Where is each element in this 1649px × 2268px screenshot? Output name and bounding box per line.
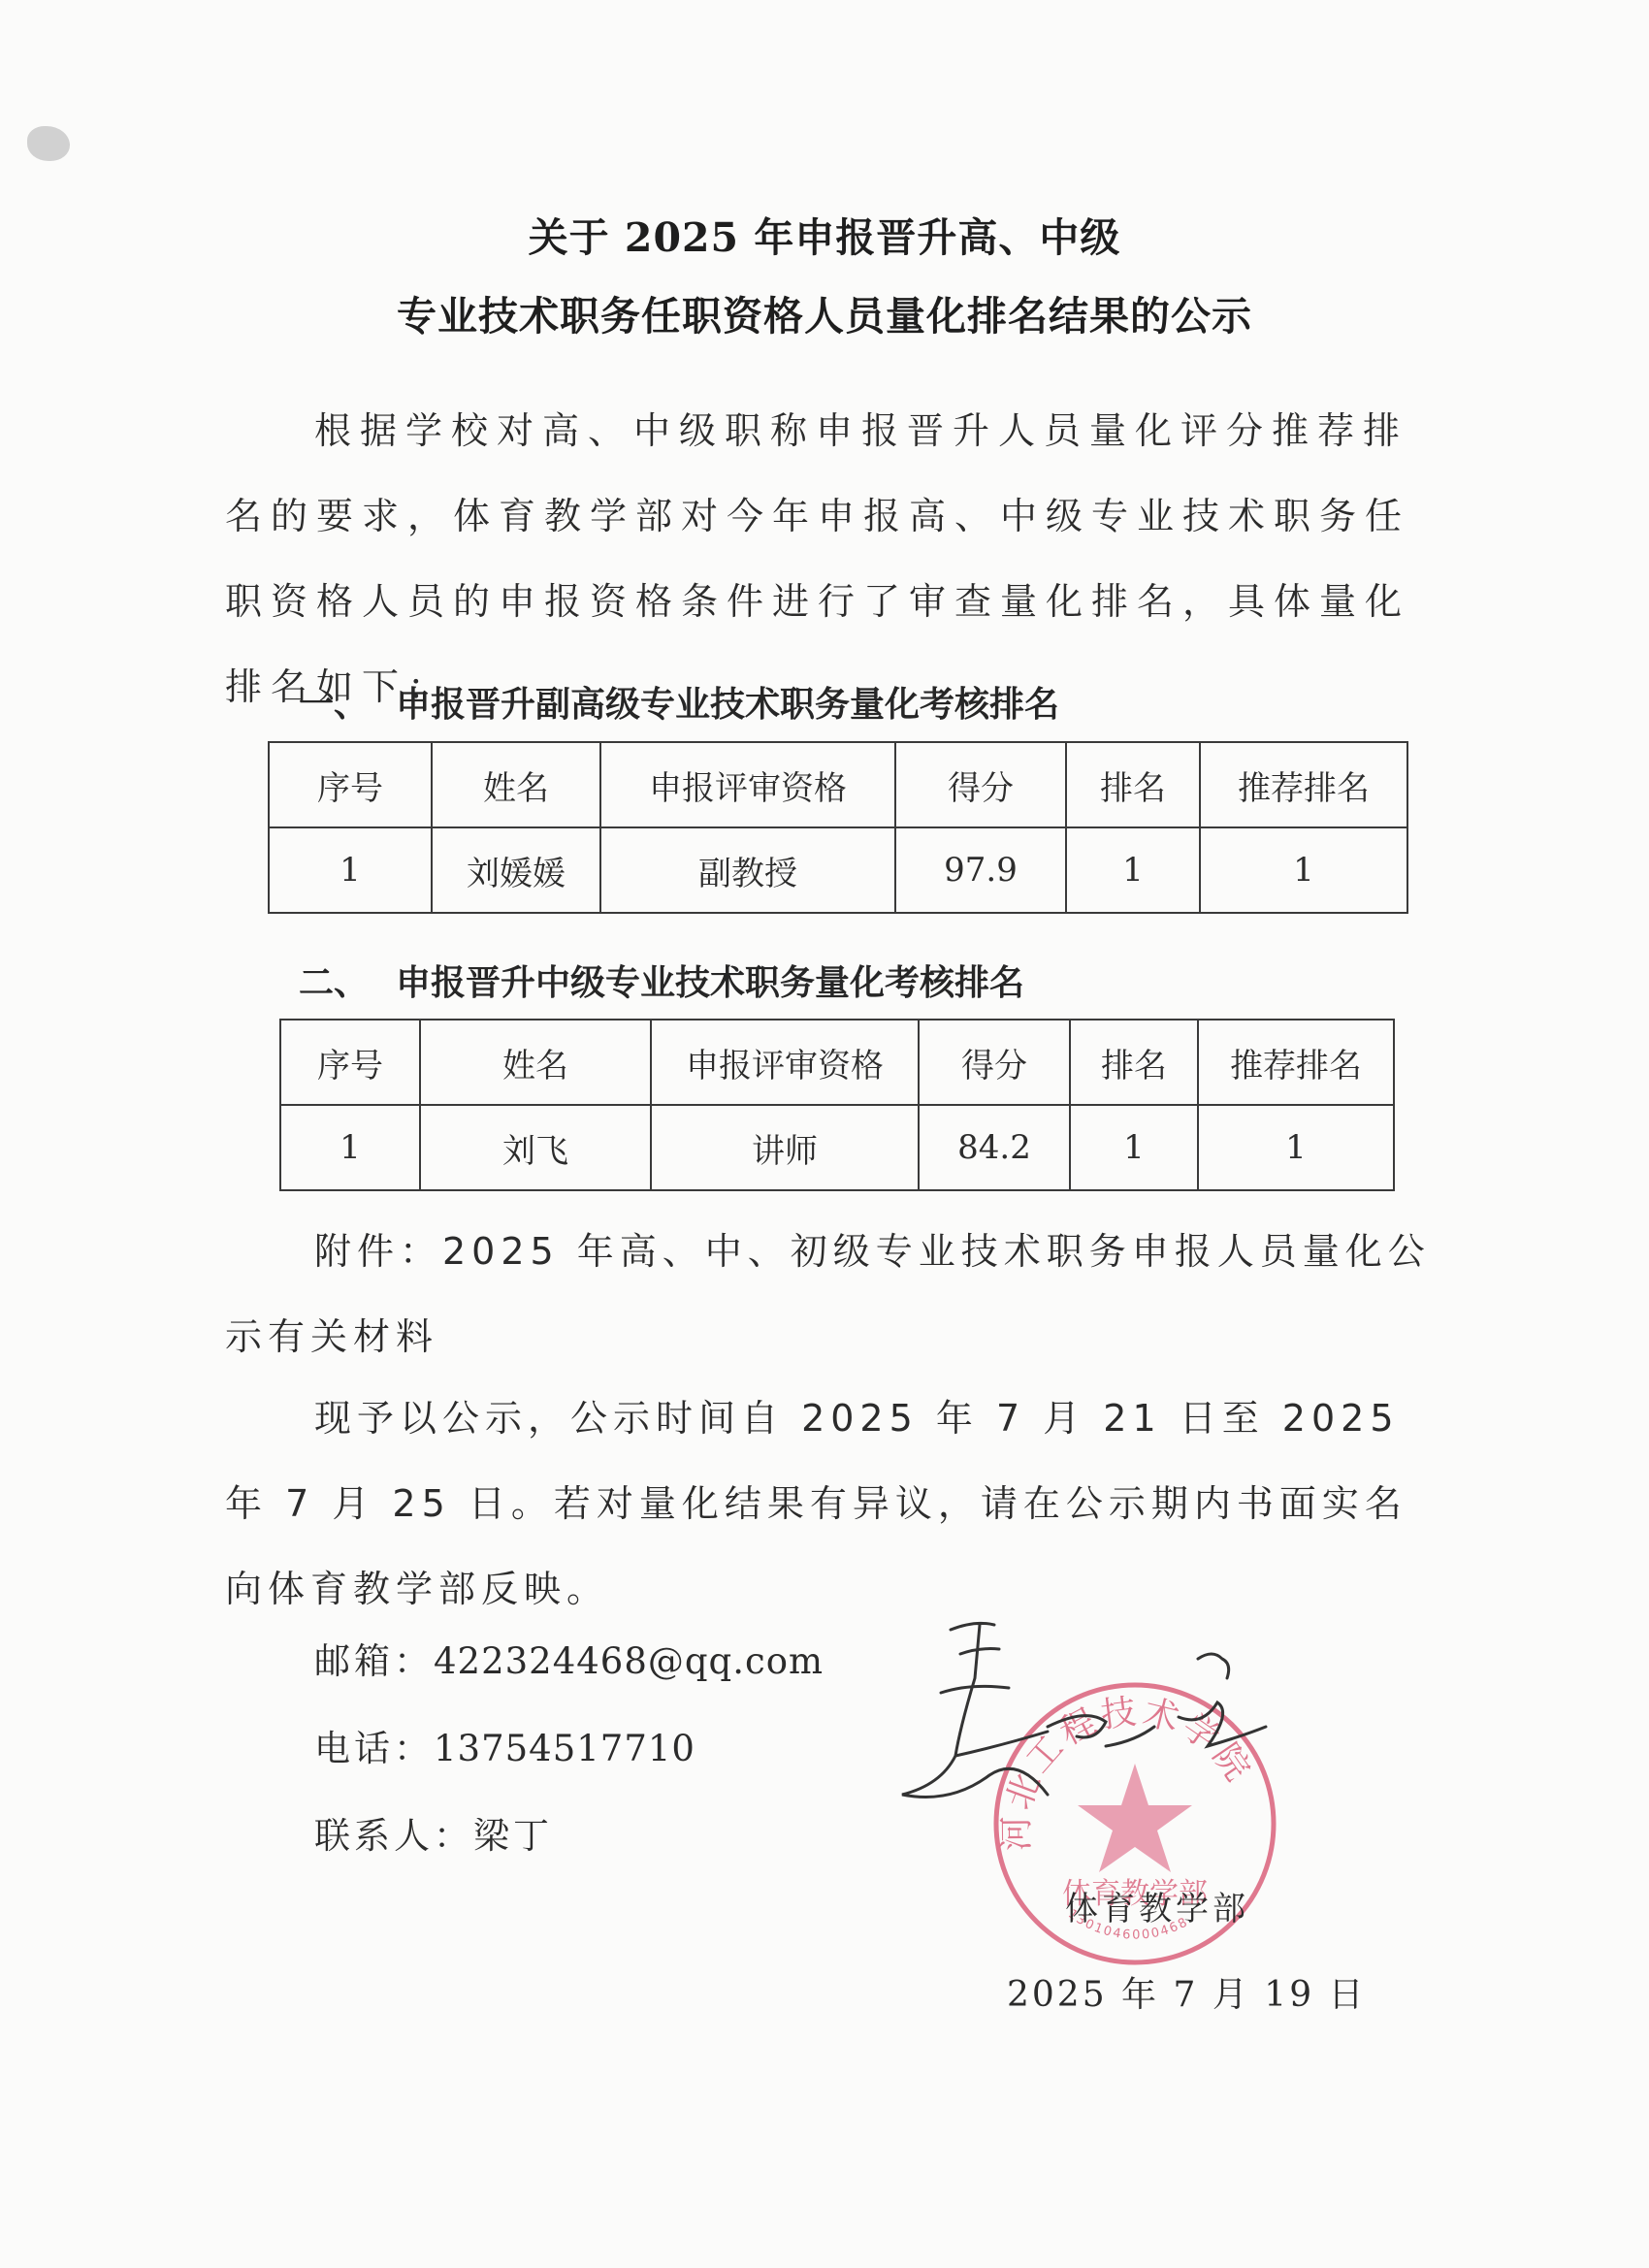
notice-paragraph: 现予以公示，公示时间自 2025 年 7 月 21 日至 2025 年 7 月 … — [225, 1376, 1447, 1632]
cell-name: 刘飞 — [420, 1105, 651, 1190]
contact-person: 联系人：梁丁 — [314, 1806, 553, 1859]
table-header-row: 序号 姓名 申报评审资格 得分 排名 推荐排名 — [280, 1020, 1394, 1105]
cell-name: 刘媛媛 — [432, 827, 600, 913]
person-value: 梁丁 — [473, 1815, 553, 1857]
issuing-department: 体育教学部 — [1065, 1882, 1249, 1929]
section2-ranking-table: 序号 姓名 申报评审资格 得分 排名 推荐排名 1 刘飞 讲师 84.2 1 1 — [279, 1019, 1395, 1191]
cell-score: 84.2 — [919, 1105, 1070, 1190]
cell-qualification: 副教授 — [600, 827, 895, 913]
cell-recommended-rank: 1 — [1200, 827, 1407, 913]
section1-title: 申报晋升副高级专业技术职务量化考核排名 — [396, 685, 1059, 725]
document-title-line1: 关于 2025 年申报晋升高、中级 — [0, 206, 1649, 263]
cell-recommended-rank: 1 — [1198, 1105, 1394, 1190]
section1-ranking-table: 序号 姓名 申报评审资格 得分 排名 推荐排名 1 刘媛媛 副教授 97.9 1… — [268, 741, 1408, 914]
header-cell: 得分 — [895, 742, 1066, 827]
phone-label: 电话： — [314, 1728, 434, 1769]
table-header-row: 序号 姓名 申报评审资格 得分 排名 推荐排名 — [269, 742, 1407, 827]
contact-email: 邮箱：422324468@qq.com — [314, 1632, 824, 1684]
section1-heading: 一、申报晋升副高级专业技术职务量化考核排名 — [299, 677, 1059, 727]
header-cell: 得分 — [919, 1020, 1070, 1105]
cell-rank: 1 — [1066, 827, 1200, 913]
phone-value: 13754517710 — [434, 1728, 695, 1769]
cell-index: 1 — [280, 1105, 420, 1190]
notice-text: 现予以公示，公示时间自 2025 年 7 月 21 日至 2025 年 7 月 … — [225, 1397, 1407, 1610]
email-value: 422324468@qq.com — [434, 1640, 824, 1682]
header-cell: 排名 — [1070, 1020, 1198, 1105]
header-cell: 姓名 — [432, 742, 600, 827]
header-cell: 推荐排名 — [1198, 1020, 1394, 1105]
cell-index: 1 — [269, 827, 432, 913]
intro-text: 根据学校对高、中级职称申报晋升人员量化评分推荐排名的要求，体育教学部对今年申报高… — [225, 409, 1410, 708]
scan-blemish — [27, 126, 70, 161]
cell-qualification: 讲师 — [651, 1105, 919, 1190]
table-row: 1 刘飞 讲师 84.2 1 1 — [280, 1105, 1394, 1190]
header-cell: 序号 — [269, 742, 432, 827]
document-title-line2: 专业技术职务任职资格人员量化排名结果的公示 — [0, 284, 1649, 341]
header-cell: 推荐排名 — [1200, 742, 1407, 827]
cell-rank: 1 — [1070, 1105, 1198, 1190]
header-cell: 申报评审资格 — [651, 1020, 919, 1105]
attachment-text: 附件：2025 年高、中、初级专业技术职务申报人员量化公示有关材料 — [225, 1230, 1431, 1358]
table-row: 1 刘媛媛 副教授 97.9 1 1 — [269, 827, 1407, 913]
issue-date: 2025 年 7 月 19 日 — [1007, 1967, 1367, 2017]
header-cell: 排名 — [1066, 742, 1200, 827]
attachment-paragraph: 附件：2025 年高、中、初级专业技术职务申报人员量化公示有关材料 — [225, 1209, 1447, 1379]
section1-number: 一、 — [299, 677, 396, 727]
header-cell: 姓名 — [420, 1020, 651, 1105]
section2-heading: 二、申报晋升中级专业技术职务量化考核排名 — [299, 956, 1024, 1005]
cell-score: 97.9 — [895, 827, 1066, 913]
handwritten-signature-icon — [883, 1610, 1271, 1824]
email-label: 邮箱： — [314, 1640, 434, 1682]
person-label: 联系人： — [314, 1815, 473, 1857]
section2-title: 申报晋升中级专业技术职务量化考核排名 — [396, 963, 1024, 1003]
contact-phone: 电话：13754517710 — [314, 1719, 695, 1771]
section2-number: 二、 — [299, 956, 396, 1005]
header-cell: 申报评审资格 — [600, 742, 895, 827]
header-cell: 序号 — [280, 1020, 420, 1105]
